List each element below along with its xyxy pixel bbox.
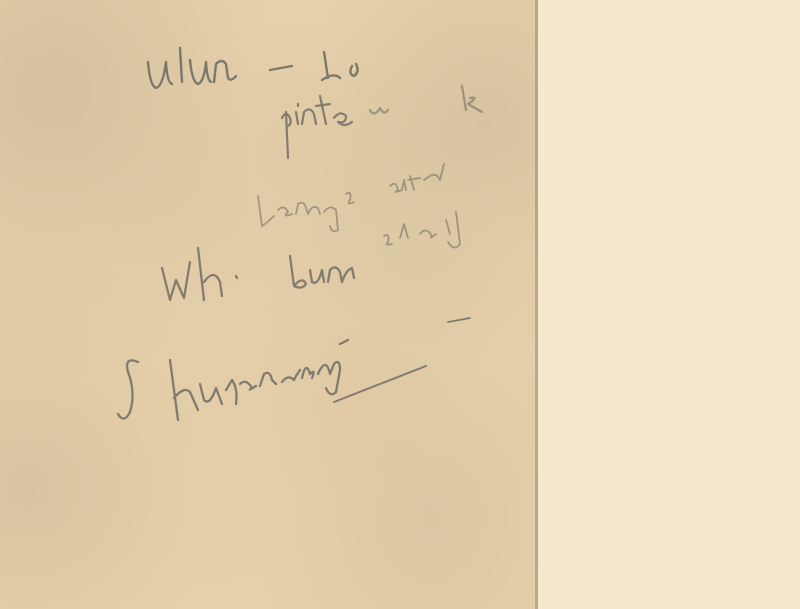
signature	[118, 318, 470, 420]
handwriting-line-1	[148, 48, 358, 88]
handwriting-line-2	[282, 86, 482, 158]
paper-sheet: ulun - 2oc pinte vu lk lempn antie Wh. b…	[0, 0, 538, 609]
handwriting-text-5: S Kuyvenberg –	[118, 340, 126, 341]
handwriting-strokes	[0, 0, 538, 609]
handwriting-text-2: pinte vu lk	[282, 100, 287, 101]
handwriting-text-1: ulun - 2oc	[148, 50, 153, 51]
handwriting-text-3: lempn antie	[258, 180, 264, 181]
handwriting-line-3	[258, 164, 444, 231]
backing-board	[538, 0, 800, 609]
handwriting-line-4	[162, 212, 460, 300]
handwriting-text-4: Wh. bun de sely	[162, 240, 170, 241]
